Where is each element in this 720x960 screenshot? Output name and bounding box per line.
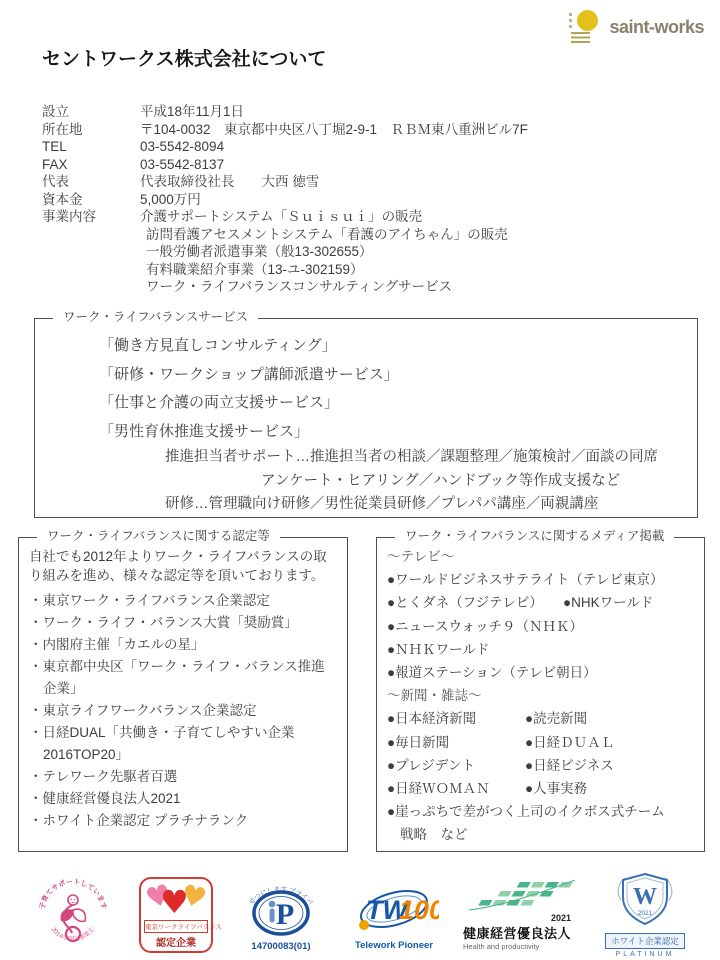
slide-page: saint-works セントワークス株式会社について 設立 平成18年11月1…: [0, 0, 720, 960]
info-value: 03-5542-8137: [140, 156, 692, 174]
info-row: 資本金 5,000万円: [42, 191, 692, 209]
svg-text:P: P: [276, 898, 294, 931]
hearts-icon: ♥ ♥ ♥: [141, 879, 211, 917]
kenko-subtitle: Health and productivity: [463, 942, 577, 951]
kenko-title: 健康経営優良法人: [463, 923, 577, 942]
media-item: ●日経ビジネス: [525, 754, 614, 777]
info-row: 所在地 〒104-0032 東京都中央区八丁堀2-9-1 ＲＢＭ東八重洲ビル7F: [42, 121, 692, 139]
svg-text:14700083(01): 14700083(01): [251, 941, 310, 952]
media-row: ●ニュースウォッチ９（ＮＨＫ）: [387, 615, 698, 638]
service-item: 「働き方見直しコンサルティング」: [99, 332, 697, 361]
kenko-leaves-svg: [463, 880, 577, 912]
info-row: 代表 代表取締役社長 大西 徳雪: [42, 173, 692, 191]
svg-text:2021: 2021: [638, 910, 653, 917]
certification-intro: 自社でも2012年よりワーク・ライフバランスの取り組みを進め、様々な認定等を頂い…: [29, 547, 337, 585]
company-info: 設立 平成18年11月1日 所在地 〒104-0032 東京都中央区八丁堀2-9…: [42, 103, 692, 296]
service-item: 「男性育休推進支援サービス」: [99, 418, 697, 447]
media-item: ●日経ＤＵＡＬ: [525, 731, 614, 754]
media-item: ●ＮＨＫワールド: [387, 638, 525, 661]
info-row-business: 事業内容 介護サポートシステム「Ｓｕｉｓｕｉ」の販売 訪問看護アセスメントシステ…: [42, 208, 692, 296]
privacy-mark-logo-icon: たいせつにします プライバシー P 14700083(01): [237, 873, 325, 958]
telework-pioneer-logo-icon: TW 100 Telework Pioneer: [349, 879, 439, 951]
media-item: ●日経ＷＯＭＡＮ: [387, 777, 525, 800]
media-item: ●NHKワールド: [563, 591, 653, 614]
info-label: 所在地: [42, 121, 140, 139]
media-item: ●とくダネ（フジテレビ）: [387, 591, 563, 614]
media-item: ●ワールドビジネスサテライト（テレビ東京）: [387, 568, 664, 591]
info-row: 設立 平成18年11月1日: [42, 103, 692, 121]
certification-item: ・テレワーク先駆者百選: [29, 766, 337, 788]
media-item: 戦略 など: [400, 823, 468, 846]
media-item: ●毎日新聞: [387, 731, 525, 754]
media-row: ●崖っぷちで差がつく上司のイクボス式チーム: [387, 800, 698, 823]
info-label: FAX: [42, 156, 140, 174]
media-row: ●日経ＷＯＭＡＮ ●人事実務: [387, 777, 698, 800]
media-item: ●ニュースウォッチ９（ＮＨＫ）: [387, 615, 583, 638]
service-box-title: ワーク・ライフバランスサービス: [53, 310, 258, 325]
business-line: 有料職業紹介事業（13-ユ-302159）: [140, 261, 692, 279]
brand-logo: saint-works: [569, 10, 704, 44]
info-value: 平成18年11月1日: [140, 103, 692, 121]
tokyo-wlb-sublabel: 認定企業: [141, 934, 211, 949]
info-label: 資本金: [42, 191, 140, 209]
heart-red-icon: ♥: [160, 886, 189, 918]
service-detail: 推進担当者サポート…推進担当者の相談／課題整理／施策検討／面談の同席: [35, 446, 697, 470]
certification-logos-row: 子育てサポートしています 2014年認定事業主 ♥ ♥ ♥: [0, 870, 720, 960]
brand-name: saint-works: [609, 17, 704, 38]
certification-item: ・健康経営優良法人2021: [29, 788, 337, 810]
business-line: 介護サポートシステム「Ｓｕｉｓｕｉ」の販売: [140, 208, 692, 226]
certification-box-title: ワーク・ライフバランスに関する認定等: [37, 529, 280, 544]
service-detail: 研修…管理職向け研修／男性従業員研修／プレパパ講座／両親講座: [35, 493, 697, 517]
certification-item: ・東京ワーク・ライフバランス企業認定: [29, 590, 337, 612]
tw100-svg: TW 100: [349, 879, 439, 937]
business-line: 訪問看護アセスメントシステム「看護のアイちゃん」の販売: [140, 226, 692, 244]
service-detail: アンケート・ヒアリング／ハンドブック等作成支援など: [35, 470, 697, 494]
certification-box: ワーク・ライフバランスに関する認定等 自社でも2012年よりワーク・ライフバラン…: [18, 537, 348, 852]
certification-item: ・東京都中央区「ワーク・ライフ・バランス推進企業」: [29, 656, 337, 700]
page-title: セントワークス株式会社について: [42, 44, 326, 71]
media-item: ●崖っぷちで差がつく上司のイクボス式チーム: [387, 800, 665, 823]
info-value: 代表取締役社長 大西 徳雪: [140, 173, 692, 191]
sun-circle-icon: [577, 10, 598, 31]
media-item: ●報道ステーション（テレビ朝日）: [387, 661, 597, 684]
media-row: ●日本経済新聞 ●読売新聞: [387, 707, 698, 730]
kenko-keiei-logo-icon: 2021 健康経営優良法人 Health and productivity: [463, 880, 577, 951]
saint-works-icon: [569, 10, 603, 44]
privacy-svg: たいせつにします プライバシー P 14700083(01): [237, 873, 325, 953]
kenko-year: 2021: [463, 913, 571, 923]
white-crest-svg: W 2021: [613, 872, 677, 926]
info-value: 〒104-0032 東京都中央区八丁堀2-9-1 ＲＢＭ東八重洲ビル7F: [140, 121, 692, 139]
info-row: TEL 03-5542-8094: [42, 138, 692, 156]
media-item: ●人事実務: [525, 777, 587, 800]
certification-content: 自社でも2012年よりワーク・ライフバランスの取り組みを進め、様々な認定等を頂い…: [19, 538, 347, 832]
info-label: 事業内容: [42, 208, 140, 296]
info-value: 5,000万円: [140, 191, 692, 209]
media-item: ●プレジデント: [387, 754, 525, 777]
media-box: ワーク・ライフバランスに関するメディア掲載 ～テレビ～ ●ワールドビジネスサテラ…: [376, 537, 705, 852]
svg-text:W: W: [633, 884, 657, 910]
media-box-title: ワーク・ライフバランスに関するメディア掲載: [395, 529, 674, 544]
business-lines: 介護サポートシステム「Ｓｕｉｓｕｉ」の販売 訪問看護アセスメントシステム「看護の…: [140, 208, 692, 296]
tokyo-wlb-label: 東京ワークライフバランス: [144, 920, 208, 933]
certification-item: ・ワーク・ライフ・バランス大賞「奨励賞」: [29, 612, 337, 634]
media-section-label-tv: ～テレビ～: [387, 545, 698, 568]
media-row: ●ワールドビジネスサテライト（テレビ東京）: [387, 568, 698, 591]
certification-item: ・日経DUAL「共働き・子育てしやすい企業2016TOP20」: [29, 722, 337, 766]
kurumin-logo-icon: 子育てサポートしています 2014年認定事業主: [31, 871, 115, 960]
media-section-label-press: ～新聞・雑誌～: [387, 684, 698, 707]
media-row: ●ＮＨＫワールド: [387, 638, 698, 661]
telework-caption: Telework Pioneer: [349, 940, 439, 951]
tokyo-wlb-logo-icon: ♥ ♥ ♥ 東京ワークライフバランス 認定企業: [139, 877, 213, 953]
business-line: ワーク・ライフバランスコンサルティングサービス: [140, 278, 692, 296]
certification-item: ・東京ライフワークバランス企業認定: [29, 700, 337, 722]
white-kigyo-logo-icon: W 2021 ホワイト企業認定 PLATINUM: [601, 872, 689, 958]
media-row: 戦略 など: [387, 823, 698, 846]
media-item: ●読売新聞: [525, 707, 587, 730]
info-label: TEL: [42, 138, 140, 156]
white-kigyo-label: ホワイト企業認定: [605, 933, 685, 949]
info-value: 03-5542-8094: [140, 138, 692, 156]
media-item: ●日本経済新聞: [387, 707, 525, 730]
info-label: 設立: [42, 103, 140, 121]
media-row: ●プレジデント ●日経ビジネス: [387, 754, 698, 777]
service-box: ワーク・ライフバランスサービス 「働き方見直しコンサルティング」 「研修・ワーク…: [34, 318, 698, 518]
icon-lines: [571, 32, 590, 43]
info-row: FAX 03-5542-8137: [42, 156, 692, 174]
info-label: 代表: [42, 173, 140, 191]
svg-text:100: 100: [399, 895, 439, 925]
media-row: ●毎日新聞 ●日経ＤＵＡＬ: [387, 731, 698, 754]
kurumin-svg: 子育てサポートしています 2014年認定事業主: [31, 871, 115, 955]
business-line: 一般労働者派遣事業（般13-302655）: [140, 243, 692, 261]
service-item: 「仕事と介護の両立支援サービス」: [99, 389, 697, 418]
certification-item: ・内閣府主催「カエルの星」: [29, 634, 337, 656]
certification-item: ・ホワイト企業認定 プラチナランク: [29, 810, 337, 832]
media-row: ●報道ステーション（テレビ朝日）: [387, 661, 698, 684]
service-items: 「働き方見直しコンサルティング」 「研修・ワークショップ講師派遣サービス」 「仕…: [35, 319, 697, 446]
media-row: ●とくダネ（フジテレビ） ●NHKワールド: [387, 591, 698, 614]
media-content: ～テレビ～ ●ワールドビジネスサテライト（テレビ東京） ●とくダネ（フジテレビ）…: [377, 538, 704, 847]
icon-dots: [569, 13, 572, 30]
white-kigyo-rank: PLATINUM: [601, 951, 689, 958]
service-item: 「研修・ワークショップ講師派遣サービス」: [99, 361, 697, 390]
